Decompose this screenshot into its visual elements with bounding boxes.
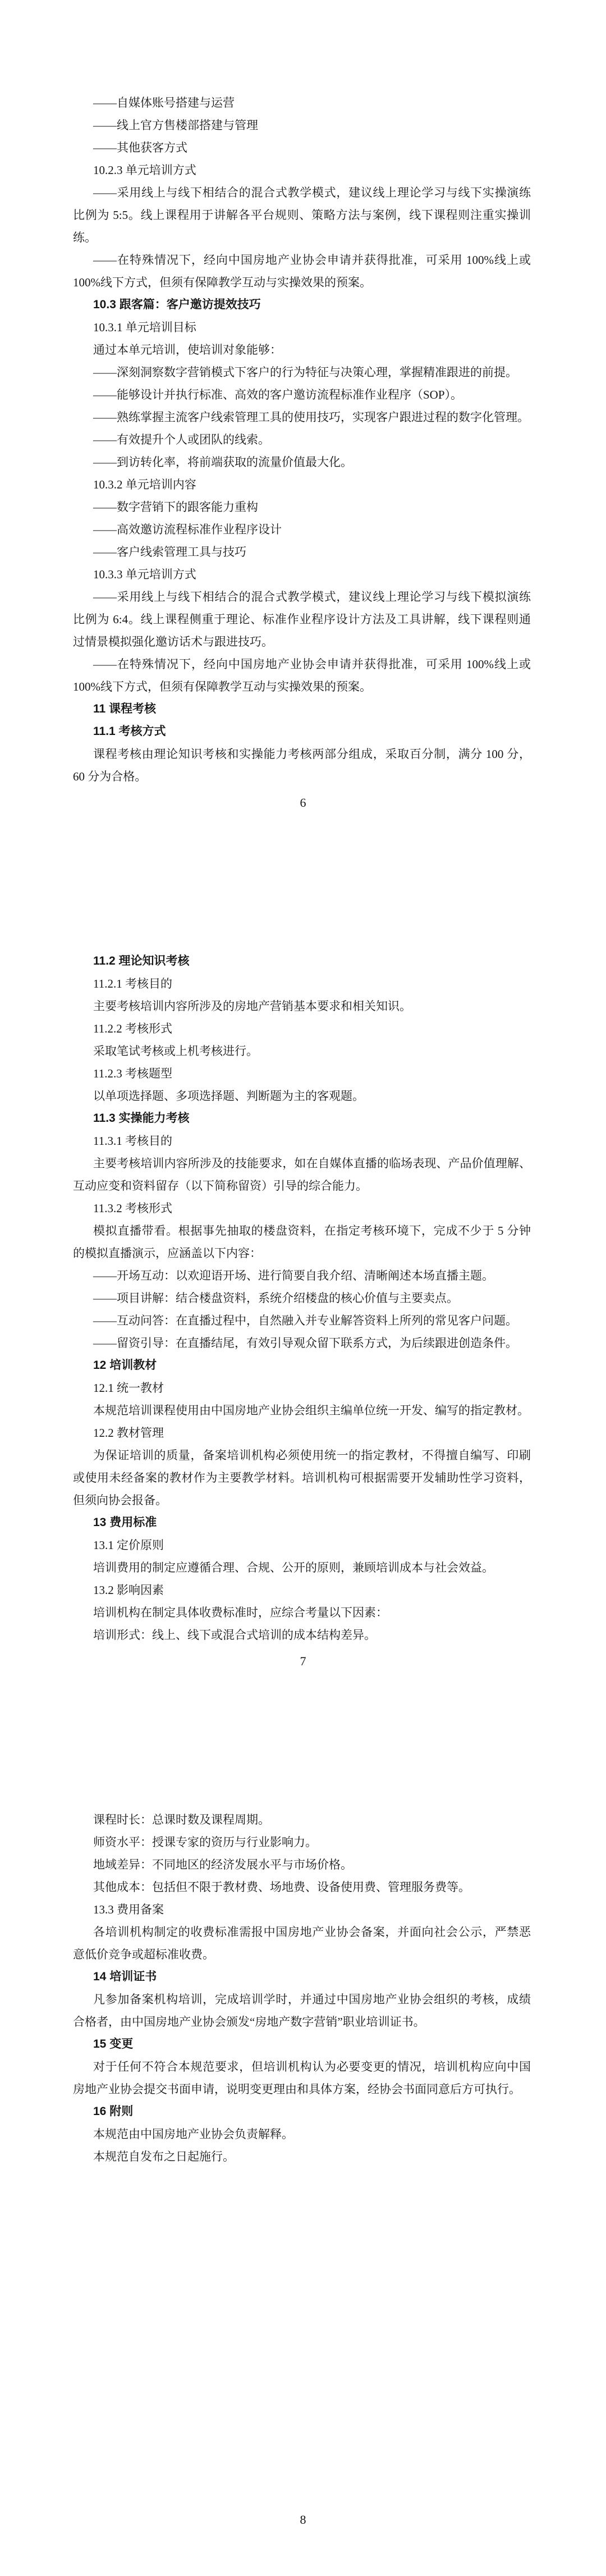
paragraph-line: 本规范由中国房地产业协会负责解释。 <box>73 2123 531 2145</box>
section-heading: 13 费用标准 <box>73 1511 531 1534</box>
paragraph-line: ——项目讲解：结合楼盘资料，系统介绍楼盘的核心价值与主要卖点。 <box>73 1287 531 1309</box>
paragraph-line: 过情景模拟强化邀访话术与跟进技巧。 <box>73 631 531 653</box>
paragraph-line: 各培训机构制定的收费标准需报中国房地产业协会备案，并面向社会公示，严禁恶 <box>73 1921 531 1943</box>
paragraph-line: ——留资引导：在直播结尾，有效引导观众留下联系方式，为后续跟进创造条件。 <box>73 1332 531 1354</box>
section-heading: 11.1 考核方式 <box>73 720 531 743</box>
subsection-heading: 11.2.2 考核形式 <box>73 1017 531 1040</box>
page-content: 11.2 理论知识考核11.2.1 考核目的主要考核培训内容所涉及的房地产营销基… <box>0 858 606 1646</box>
subsection-heading: 12.1 统一教材 <box>73 1377 531 1399</box>
paragraph-line: 课程考核由理论知识考核和实操能力考核两部分组成，采取百分制，满分 100 分， <box>73 743 531 765</box>
subsection-heading: 13.3 费用备案 <box>73 1898 531 1921</box>
paragraph-line: ——采用线上与线下相结合的混合式教学模式，建议线上理论学习与线下模拟演练 <box>73 586 531 608</box>
subsection-heading: 13.2 影响因素 <box>73 1579 531 1601</box>
paragraph-line: ——高效邀访流程标准作业程序设计 <box>73 518 531 541</box>
paragraph-line: ——开场互动：以欢迎语开场、进行简要自我介绍、清晰阐述本场直播主题。 <box>73 1264 531 1287</box>
subsection-heading: 11.3.1 考核目的 <box>73 1130 531 1152</box>
subsection-heading: 10.3.1 单元培训目标 <box>73 316 531 339</box>
section-heading: 11.3 实操能力考核 <box>73 1107 531 1130</box>
paragraph-line: 或使用未经备案的教材作为主要教学材料。培训机构可根据需要开发辅助性学习资料， <box>73 1467 531 1489</box>
paragraph-line: 房地产业协会提交书面申请，说明变更理由和具体方案，经协会书面同意后方可执行。 <box>73 2078 531 2100</box>
paragraph-line: ——客户线索管理工具与技巧 <box>73 541 531 563</box>
paragraph-line: 以单项选择题、多项选择题、判断题为主的客观题。 <box>73 1085 531 1107</box>
document: ——自媒体账号搭建与运营——线上官方售楼部搭建与管理——其他获客方式10.2.3… <box>0 0 606 2576</box>
paragraph-line: 课程时长：总课时数及课程周期。 <box>73 1808 531 1831</box>
paragraph-line: 练。 <box>73 226 531 249</box>
page-8: 课程时长：总课时数及课程周期。师资水平：授课专家的资历与行业影响力。地域差异：不… <box>0 1717 606 2576</box>
paragraph-line: 培训形式：线上、线下或混合式培训的成本结构差异。 <box>73 1624 531 1646</box>
paragraph-line: 但须向协会报备。 <box>73 1489 531 1511</box>
page-7: 11.2 理论知识考核11.2.1 考核目的主要考核培训内容所涉及的房地产营销基… <box>0 858 606 1717</box>
subsection-heading: 12.2 教材管理 <box>73 1422 531 1444</box>
subsection-heading: 11.2.1 考核目的 <box>73 972 531 995</box>
paragraph-line: 为保证培训的质量，备案培训机构必须使用统一的指定教材，不得擅自编写、印刷 <box>73 1444 531 1467</box>
paragraph-line: 主要考核培训内容所涉及的技能要求，如在自媒体直播的临场表现、产品价值理解、 <box>73 1152 531 1175</box>
section-heading: 11.2 理论知识考核 <box>73 950 531 972</box>
paragraph-line: 地域差异：不同地区的经济发展水平与市场价格。 <box>73 1853 531 1876</box>
page-content: ——自媒体账号搭建与运营——线上官方售楼部搭建与管理——其他获客方式10.2.3… <box>0 0 606 788</box>
paragraph-line: ——熟练掌握主流客户线索管理工具的使用技巧，实现客户跟进过程的数字化管理。 <box>73 406 531 428</box>
paragraph-line: 对于任何不符合本规范要求，但培训机构认为必要变更的情况，培训机构应向中国 <box>73 2056 531 2078</box>
paragraph-line: 培训机构在制定具体收费标准时，应综合考量以下因素： <box>73 1601 531 1624</box>
subsection-heading: 10.2.3 单元培训方式 <box>73 159 531 181</box>
paragraph-line: 培训费用的制定应遵循合理、合规、公开的原则，兼顾培训成本与社会效益。 <box>73 1556 531 1579</box>
section-heading: 10.3 跟客篇：客户邀访提效技巧 <box>73 294 531 316</box>
subsection-heading: 11.3.2 考核形式 <box>73 1197 531 1220</box>
paragraph-line: 100%线下方式，但须有保障教学互动与实操效果的预案。 <box>73 675 531 698</box>
paragraph-line: 模拟直播带看。根据事先抽取的楼盘资料，在指定考核环境下，完成不少于 5 分钟 <box>73 1220 531 1242</box>
section-heading: 12 培训教材 <box>73 1354 531 1377</box>
subsection-heading: 11.2.3 考核题型 <box>73 1062 531 1085</box>
paragraph-line: 本规范培训课程使用由中国房地产业协会组织主编单位统一开发、编写的指定教材。 <box>73 1399 531 1422</box>
subsection-heading: 13.1 定价原则 <box>73 1534 531 1556</box>
paragraph-line: 100%线下方式，但须有保障教学互动与实操效果的预案。 <box>73 271 531 294</box>
paragraph-line: 本规范自发布之日起施行。 <box>73 2145 531 2168</box>
paragraph-line: ——在特殊情况下，经向中国房地产业协会申请并获得批准，可采用 100%线上或 <box>73 653 531 675</box>
paragraph-line: ——自媒体账号搭建与运营 <box>73 92 531 114</box>
paragraph-line: ——数字营销下的跟客能力重构 <box>73 496 531 518</box>
paragraph-line: 比例为 6:4。线上课程侧重于理论、标准作业程序设计方法及工具讲解，线下课程则通 <box>73 608 531 631</box>
paragraph-line: ——深刻洞察数字营销模式下客户的行为特征与决策心理，掌握精准跟进的前提。 <box>73 361 531 383</box>
paragraph-line: ——互动问答：在直播过程中，自然融入并专业解答资料上所列的常见客户问题。 <box>73 1309 531 1332</box>
page-number: 8 <box>0 2509 606 2531</box>
section-heading: 15 变更 <box>73 2033 531 2056</box>
paragraph-line: ——在特殊情况下，经向中国房地产业协会申请并获得批准，可采用 100%线上或 <box>73 249 531 271</box>
paragraph-line: 比例为 5:5。线上课程用于讲解各平台规则、策略方法与案例，线下课程则注重实操训 <box>73 204 531 226</box>
paragraph-line: 主要考核培训内容所涉及的房地产营销基本要求和相关知识。 <box>73 995 531 1017</box>
paragraph-line: ——其他获客方式 <box>73 136 531 159</box>
paragraph-line: ——到访转化率，将前端获取的流量价值最大化。 <box>73 451 531 473</box>
paragraph-line: 其他成本：包括但不限于教材费、场地费、设备使用费、管理服务费等。 <box>73 1876 531 1898</box>
page-6: ——自媒体账号搭建与运营——线上官方售楼部搭建与管理——其他获客方式10.2.3… <box>0 0 606 858</box>
paragraph-line: 互动应变和资料留存（以下简称留资）引导的综合能力。 <box>73 1175 531 1197</box>
paragraph-line: 意低价竞争或超标准收费。 <box>73 1943 531 1966</box>
page-number: 6 <box>0 792 606 814</box>
paragraph-line: ——有效提升个人或团队的线索。 <box>73 428 531 451</box>
paragraph-line: 采取笔试考核或上机考核进行。 <box>73 1040 531 1062</box>
paragraph-line: 凡参加备案机构培训，完成培训学时，并通过中国房地产业协会组织的考核，成绩 <box>73 1988 531 2011</box>
section-heading: 14 培训证书 <box>73 1966 531 1988</box>
paragraph-line: ——线上官方售楼部搭建与管理 <box>73 114 531 136</box>
subsection-heading: 10.3.2 单元培训内容 <box>73 473 531 496</box>
subsection-heading: 10.3.3 单元培训方式 <box>73 563 531 586</box>
page-number: 7 <box>0 1650 606 1673</box>
paragraph-line: 60 分为合格。 <box>73 765 531 788</box>
paragraph-line: 通过本单元培训，使培训对象能够： <box>73 339 531 361</box>
paragraph-line: 合格者，由中国房地产业协会颁发“房地产数字营销”职业培训证书。 <box>73 2011 531 2033</box>
paragraph-line: ——能够设计并执行标准、高效的客户邀访流程标准作业程序（SOP）。 <box>73 383 531 406</box>
paragraph-line: ——采用线上与线下相结合的混合式教学模式，建议线上理论学习与线下实操演练 <box>73 181 531 204</box>
section-heading: 11 课程考核 <box>73 698 531 720</box>
paragraph-line: 师资水平：授课专家的资历与行业影响力。 <box>73 1831 531 1853</box>
page-content: 课程时长：总课时数及课程周期。师资水平：授课专家的资历与行业影响力。地域差异：不… <box>0 1717 606 2168</box>
paragraph-line: 的模拟直播演示，应涵盖以下内容： <box>73 1242 531 1264</box>
section-heading: 16 附则 <box>73 2100 531 2123</box>
